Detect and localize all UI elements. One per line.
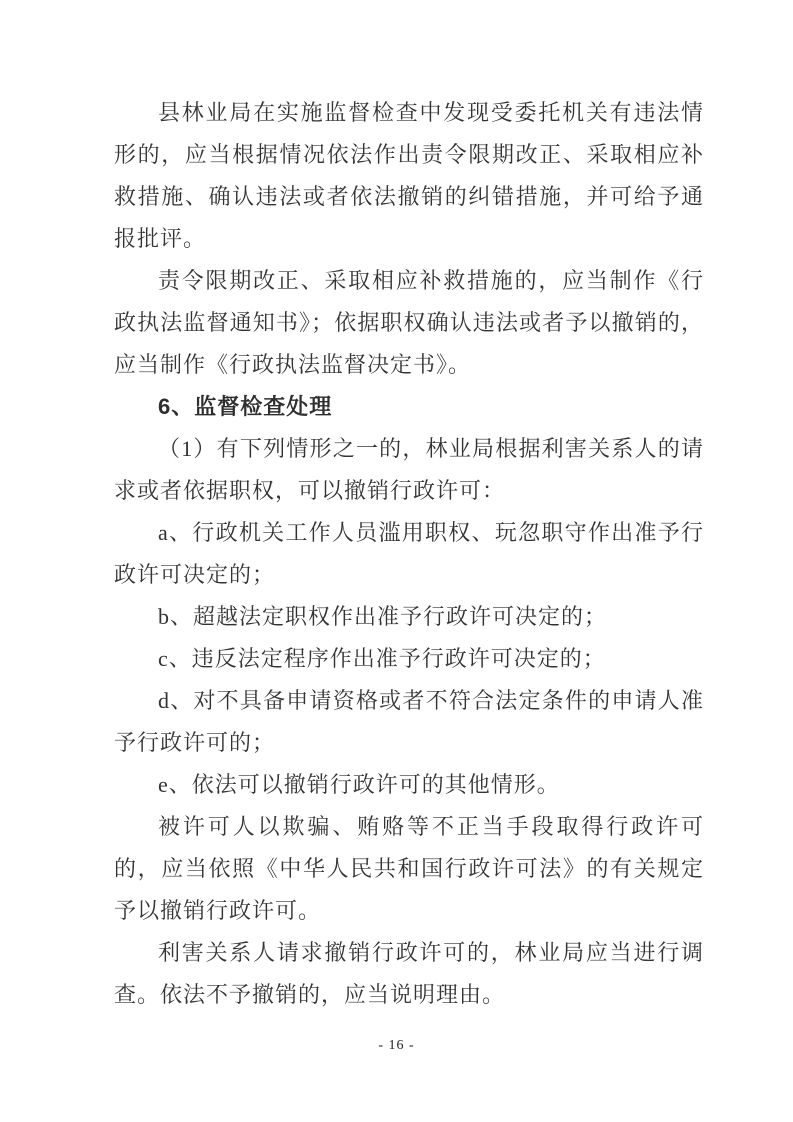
list-item-d: d、对不具备申请资格或者不符合法定条件的申请人准予行政许可的； xyxy=(114,680,704,764)
document-body: 县林业局在实施监督检查中发现受委托机关有违法情形的，应当根据情况依法作出责令限期… xyxy=(114,92,704,1016)
list-item-a: a、行政机关工作人员滥用职权、玩忽职守作出准予行政许可决定的； xyxy=(114,512,704,596)
body-paragraph: 利害关系人请求撤销行政许可的，林业局应当进行调查。依法不予撤销的，应当说明理由。 xyxy=(114,932,704,1016)
body-paragraph: 县林业局在实施监督检查中发现受委托机关有违法情形的，应当根据情况依法作出责令限期… xyxy=(114,92,704,260)
body-paragraph: 被许可人以欺骗、贿赂等不正当手段取得行政许可的，应当依照《中华人民共和国行政许可… xyxy=(114,806,704,932)
page-number: - 16 - xyxy=(0,1038,793,1054)
document-page: 县林业局在实施监督检查中发现受委托机关有违法情形的，应当根据情况依法作出责令限期… xyxy=(0,0,793,1122)
body-paragraph: （1）有下列情形之一的，林业局根据利害关系人的请求或者依据职权，可以撤销行政许可… xyxy=(114,428,704,512)
list-item-b: b、超越法定职权作出准予行政许可决定的； xyxy=(114,596,704,638)
section-heading: 6、监督检查处理 xyxy=(114,386,704,428)
list-item-c: c、违反法定程序作出准予行政许可决定的； xyxy=(114,638,704,680)
list-item-e: e、依法可以撤销行政许可的其他情形。 xyxy=(114,764,704,806)
body-paragraph: 责令限期改正、采取相应补救措施的，应当制作《行政执法监督通知书》；依据职权确认违… xyxy=(114,260,704,386)
